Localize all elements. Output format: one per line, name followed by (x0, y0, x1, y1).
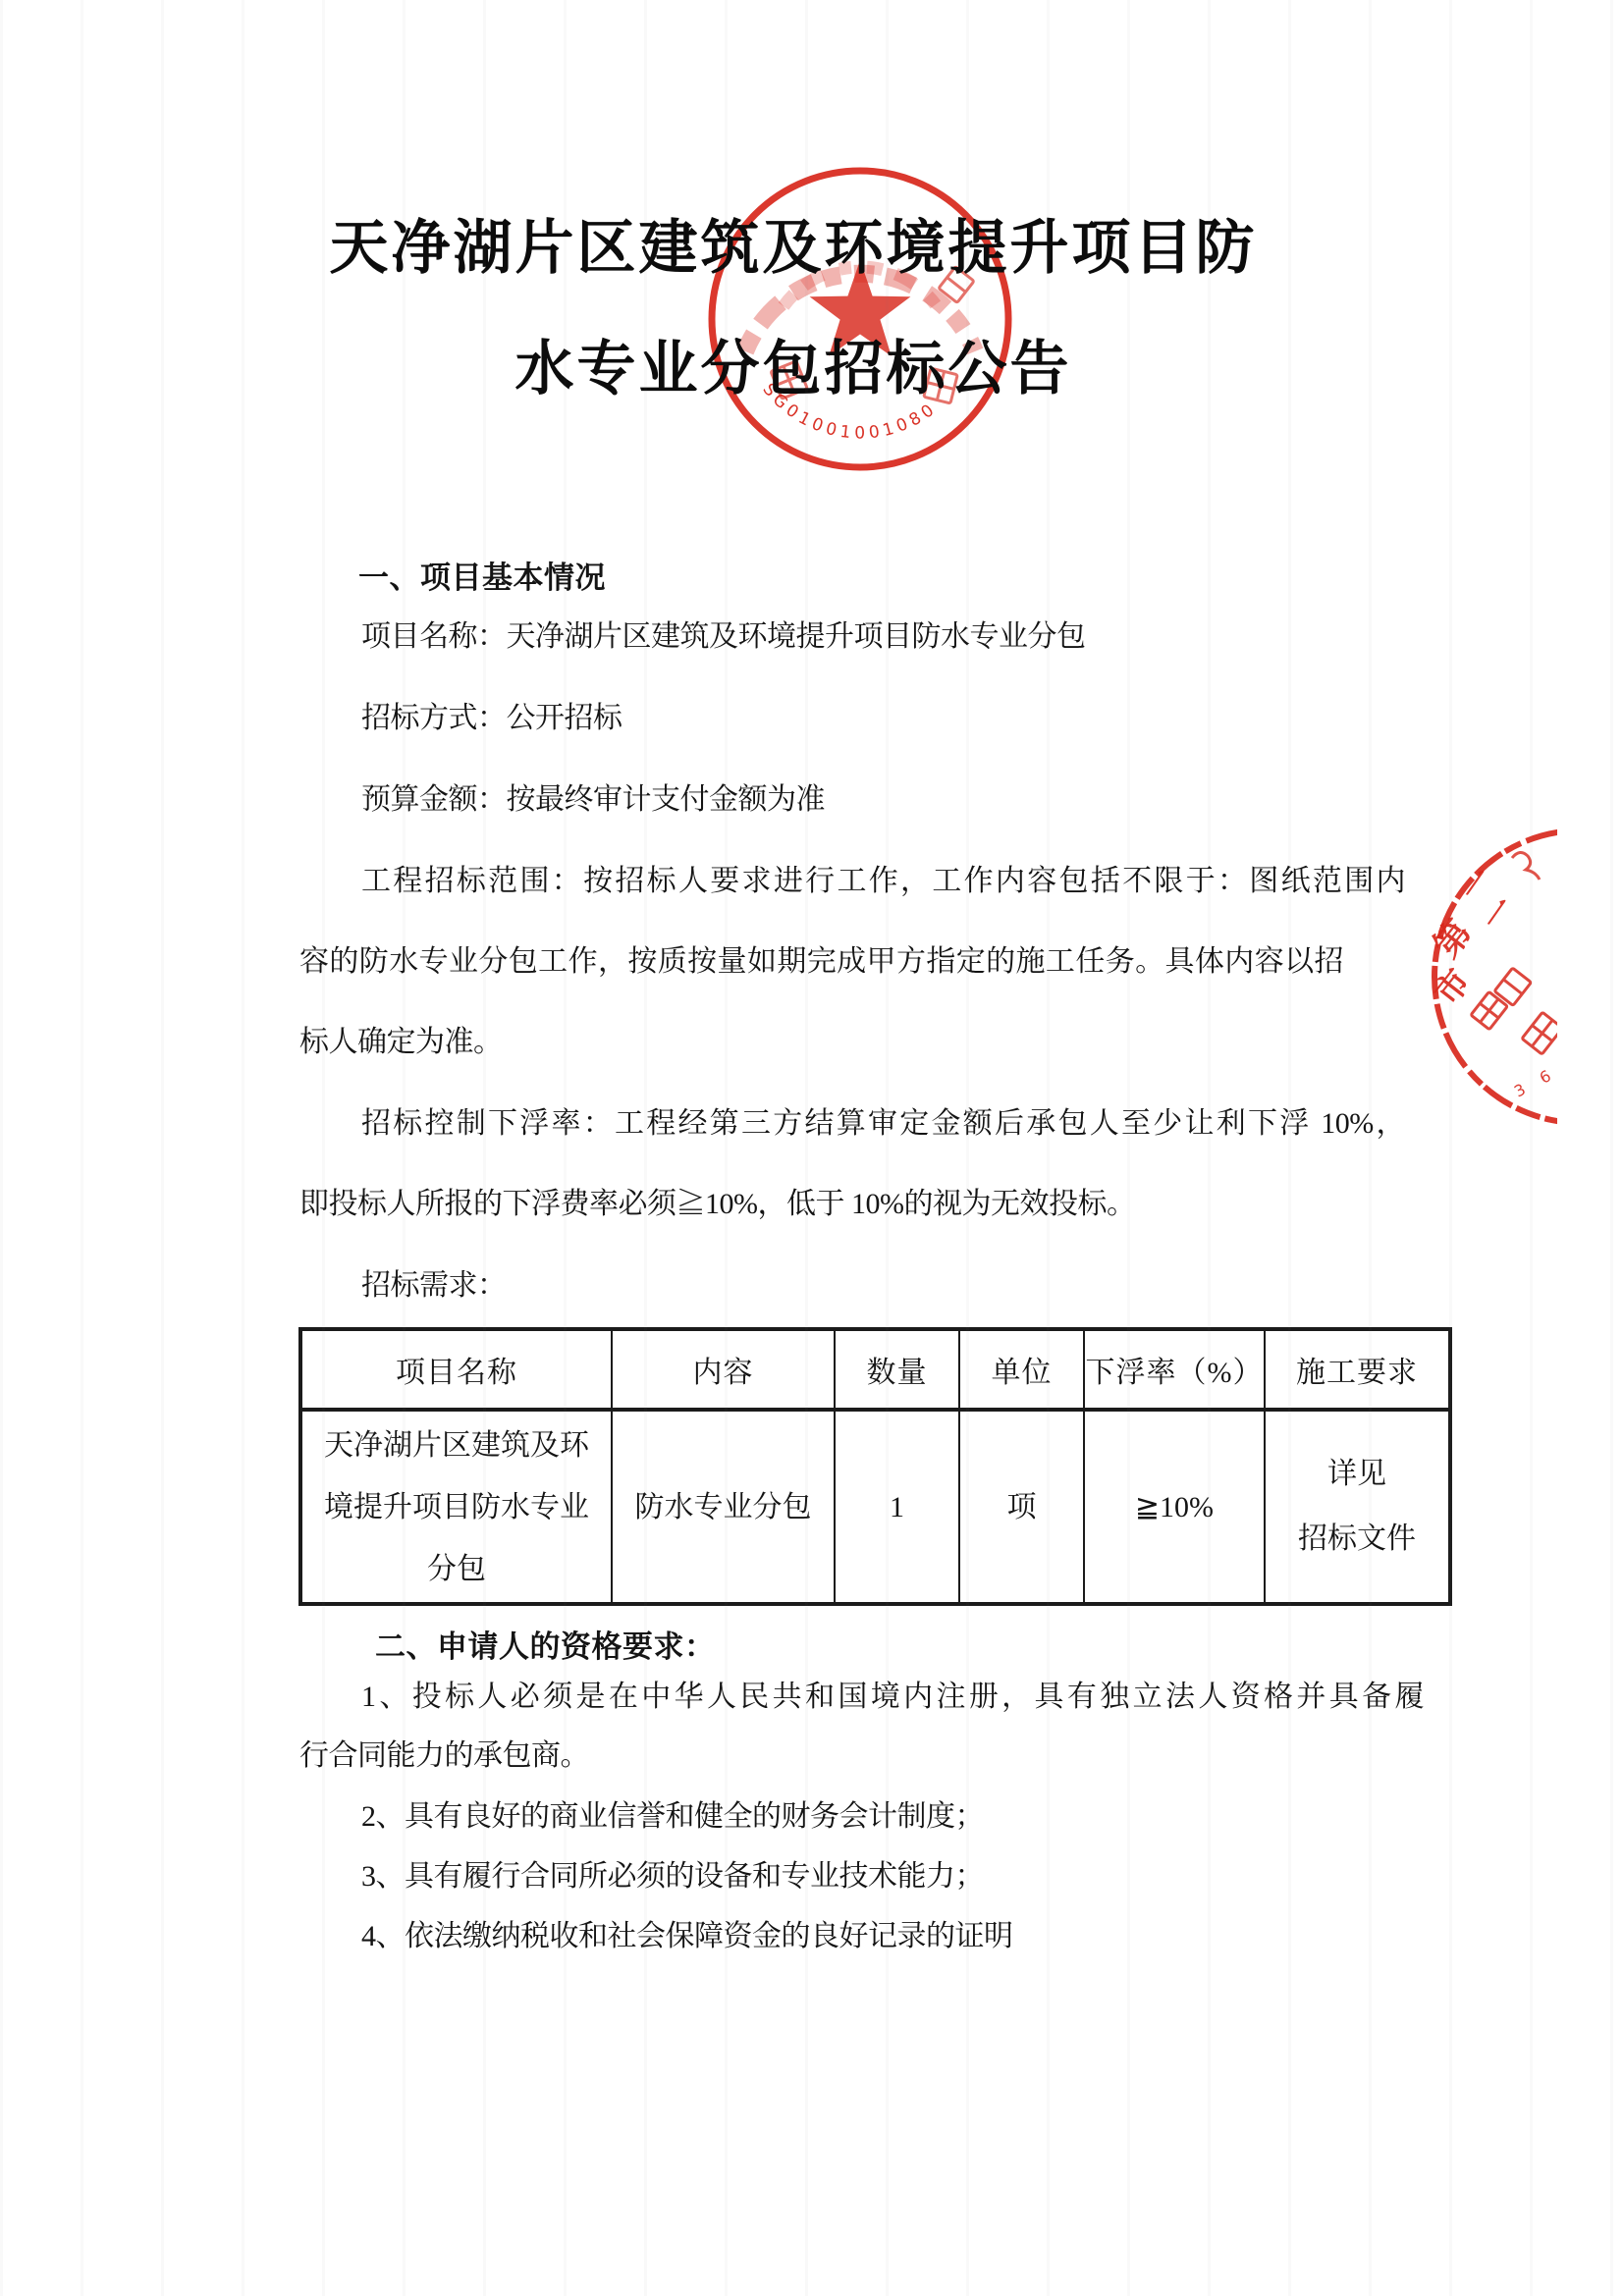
section-2-heading: 二、申请人的资格要求： (375, 1622, 716, 1666)
line-scope-2: 容的防水专业分包工作，按质按量如期完成甲方指定的施工任务。具体内容以招 (299, 943, 1343, 980)
table-row: 天净湖片区建筑及环 境提升项目防水专业 分包 防水专业分包 1 项 ≧10% 详… (300, 1410, 1450, 1604)
cell-requirement: 详见 招标文件 (1265, 1410, 1450, 1604)
line-budget-amount: 预算金额：按最终审计支付金额为准 (299, 781, 1405, 818)
line-scope-1: 工程招标范围：按招标人要求进行工作，工作内容包括不限于：图纸范围内 (299, 863, 1405, 899)
partial-seal-graphic: 一 一 第 市 3 6 (1426, 823, 1622, 1137)
partial-seal-mark (1512, 852, 1540, 880)
table-header-row: 项目名称 内容 数量 单位 下浮率（%） 施工要求 (300, 1329, 1450, 1410)
title-line-2: 水专业分包招标公告 (0, 309, 1587, 430)
line-tender-demand: 招标需求： (299, 1267, 1405, 1304)
qualification-item-1-cont: 行合同能力的承包商。 (299, 1737, 1362, 1774)
seal-fragment-box (1471, 966, 1531, 1033)
cell-unit: 项 (959, 1410, 1084, 1604)
qualification-item-2: 2、具有良好的商业信誉和健全的财务会计制度； (299, 1798, 1424, 1835)
line-tender-method: 招标方式：公开招标 (299, 700, 1405, 736)
section-1-heading: 一、项目基本情况 (358, 553, 606, 597)
line-scope-3: 标人确定为准。 (299, 1024, 1343, 1060)
header-discount-rate: 下浮率（%） (1084, 1329, 1265, 1410)
qualification-item-1: 1、投标人必须是在中华人民共和国境内注册，具有独立法人资格并具备履 (299, 1679, 1424, 1715)
document-title: 天净湖片区建筑及环境提升项目防 水专业分包招标公告 (0, 188, 1587, 430)
header-project-name: 项目名称 (300, 1329, 612, 1410)
qualification-item-3: 3、具有履行合同所必须的设备和专业技术能力； (299, 1858, 1424, 1895)
title-line-1: 天净湖片区建筑及环境提升项目防 (0, 188, 1587, 309)
partial-seal-stamp: 一 一 第 市 3 6 (1426, 823, 1622, 1137)
cell-discount-rate: ≧10% (1084, 1410, 1265, 1604)
cell-quantity: 1 (835, 1410, 959, 1604)
line-discount-1: 招标控制下浮率：工程经第三方结算审定金额后承包人至少让利下浮 10%， (299, 1105, 1405, 1142)
header-requirement: 施工要求 (1265, 1329, 1450, 1410)
cell-project-name: 天净湖片区建筑及环 境提升项目防水专业 分包 (300, 1410, 612, 1604)
tender-demand-table: 项目名称 内容 数量 单位 下浮率（%） 施工要求 天净湖片区建筑及环 境提升项… (298, 1327, 1452, 1606)
cell-content: 防水专业分包 (612, 1410, 835, 1604)
seal-fragment-digits: 3 6 (1511, 1063, 1560, 1101)
line-discount-2: 即投标人所报的下浮费率必须≧10%，低于 10%的视为无效投标。 (299, 1186, 1343, 1222)
seal-fragment-box (1522, 1012, 1562, 1054)
document-page: SG01001001080 一 一 第 市 3 (0, 0, 1623, 2296)
header-unit: 单位 (959, 1329, 1084, 1410)
qualification-item-4: 4、依法缴纳税收和社会保障资金的良好记录的证明 (299, 1918, 1424, 1954)
header-content: 内容 (612, 1329, 835, 1410)
header-quantity: 数量 (835, 1329, 959, 1410)
line-project-name: 项目名称：天净湖片区建筑及环境提升项目防水专业分包 (299, 618, 1405, 655)
